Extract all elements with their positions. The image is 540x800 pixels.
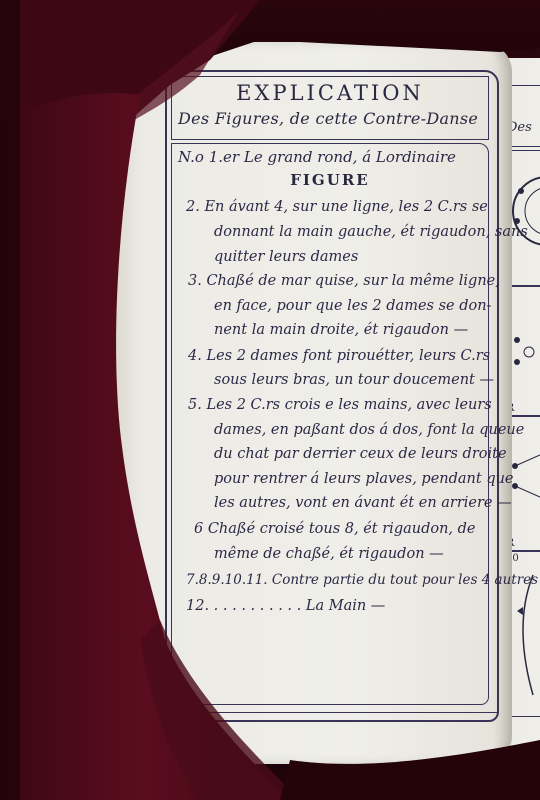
text-line: 5. Les 2 C.rs crois e les mains, avec le…: [188, 397, 492, 413]
text-line: du chat par derrier ceux de leurs droite: [214, 446, 507, 462]
text-line: 4. Les 2 dames font pirouétter, leurs C.…: [188, 348, 490, 364]
text-line: 2. En ávant 4, sur une ligne, les 2 C.rs…: [186, 199, 488, 215]
text-line: même de chaßé, ét rigaudon —: [214, 546, 444, 562]
text-body-box: N.o 1.er Le grand rond, á Lordinaire FIG…: [171, 143, 489, 705]
figure-heading: FIGURE: [172, 171, 488, 189]
text-line: pour rentrer á leurs plaves, pendant que: [214, 471, 514, 487]
text-line: nent la main droite, ét rigaudon —: [214, 322, 468, 338]
page-border-rule: [168, 712, 498, 713]
text-line: 12. . . . . . . . . . . La Main —: [186, 598, 385, 614]
text-line: donnant la main gauche, ét rigaudon, san…: [214, 224, 528, 240]
header-box: EXPLICATION Des Figures, de cette Contre…: [171, 76, 489, 140]
text-line: 6 Chaßé croisé tous 8, ét rigaudon, de: [194, 521, 476, 537]
page-subtitle: Des Figures, de cette Contre-Danse: [178, 109, 488, 128]
text-line: 3. Chaßé de mar quise, sur la même ligne…: [188, 273, 500, 289]
text-line: les autres, vont en ávant ét en arriere …: [214, 495, 512, 511]
text-line: en face, pour que les 2 dames se don-: [214, 298, 491, 314]
text-line: 7.8.9.10.11. Contre partie du tout pour …: [186, 572, 538, 588]
text-line: dames, en paßant dos á dos, font la queu…: [214, 422, 524, 438]
text-line: quitter leurs dames: [214, 249, 358, 265]
intro-line: N.o 1.er Le grand rond, á Lordinaire: [178, 148, 456, 166]
page-title: EXPLICATION: [172, 81, 488, 105]
text-line: sous leurs bras, un tour doucement —: [214, 372, 494, 388]
